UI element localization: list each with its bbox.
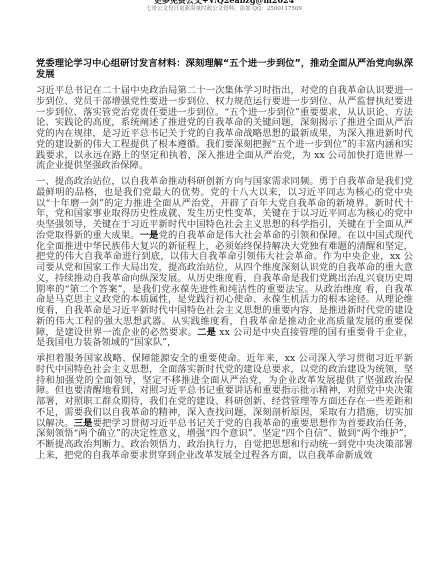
paragraph-intro: 习近平总书记在二十届中央政治局第二十一次集体学习时指出，对党的自我革命认识要进一…: [36, 86, 413, 172]
point-marker-one: 一是: [140, 230, 159, 241]
paragraph-text: 要把学习贯彻习近平总书记关于党的自我革命的重要思想作为首要政治任务，深刻领悟“两…: [36, 418, 413, 461]
paragraph-continuation: 承担着服务国家战略、保障能源安全的重要使命。近年来，xx 公司深入学习贯彻习近平…: [36, 354, 413, 462]
paragraph-text: 党的自我革命是伟大社会革命的引领和保障。在以中国式现代化全面推进中华民族伟大复兴…: [36, 230, 413, 338]
document-body: 党委理论学习中心组研讨发言材料：深刻理解“五个进一步到位”，推动全面从严治党向纵…: [36, 58, 413, 467]
page-header: 更多免费公文+V:Q2eabzg@m2024 七哥公文每日更新海量时政公文资料。…: [0, 0, 448, 13]
header-contact-line: 七哥公文每日更新海量时政公文资料。添加 QQ：2500117509: [0, 5, 448, 13]
point-marker-two: 二是: [197, 327, 216, 338]
document-title: 党委理论学习中心组研讨发言材料：深刻理解“五个进一步到位”，推动全面从严治党向纵…: [36, 58, 413, 80]
paragraph-text: 习近平总书记在二十届中央政治局第二十一次集体学习时指出，对党的自我革命认识要进一…: [36, 85, 413, 171]
paragraph-section-one: 一、提高政治站位，以自我革命推动科研创新方向与国家需求同频。勇于自我革命是我们党…: [36, 177, 413, 349]
point-marker-three: 三是: [74, 418, 93, 429]
